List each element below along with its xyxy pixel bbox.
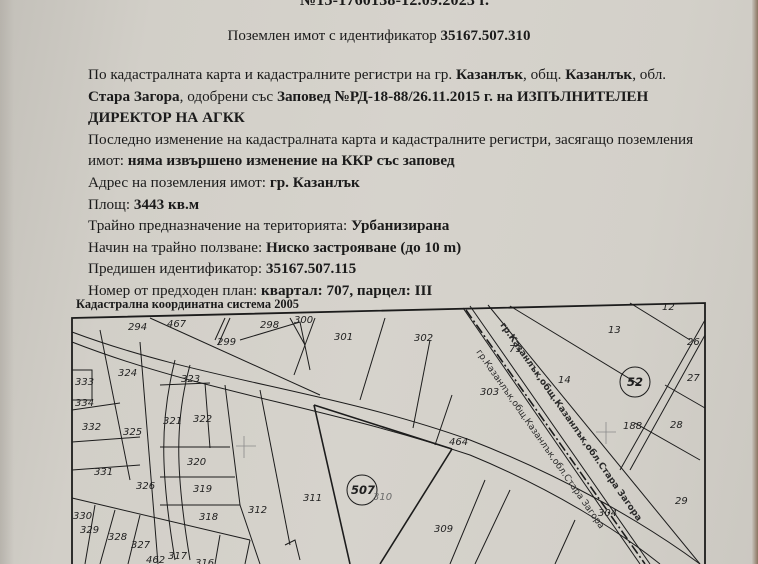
parcel-309: 309 <box>434 524 453 535</box>
approval-line-2: Стара Загора, одобрени със Заповед №РД-1… <box>88 86 708 108</box>
parcel-14: 14 <box>558 375 571 386</box>
document-paper: №15-1760138-12.09.2023 г. Поземлен имот … <box>0 0 758 564</box>
parcel-13: 13 <box>608 325 621 336</box>
parcel-12: 12 <box>662 302 675 313</box>
parcel-328: 328 <box>108 532 127 543</box>
property-title: Поземлен имот с идентификатор 35167.507.… <box>0 28 758 45</box>
parcel-333: 333 <box>75 377 94 388</box>
parcel-329: 329 <box>80 525 99 536</box>
field-purpose: Трайно предназначение на територията: Ур… <box>88 215 708 237</box>
parcel-311: 311 <box>303 493 322 504</box>
last-change-label: Последно изменение на кадастралната карт… <box>88 129 708 151</box>
property-title-prefix: Поземлен имот с идентификатор <box>228 28 437 44</box>
parcel-188: 188 <box>623 421 642 432</box>
parcel-29: 29 <box>675 496 688 507</box>
cadastral-map-drawing: 294 467 298 300 301 302 299 324 323 333 … <box>0 300 758 564</box>
parcel-301: 301 <box>334 332 353 343</box>
parcel-334: 334 <box>75 398 94 409</box>
parcel-318: 318 <box>199 512 218 523</box>
parcel-300: 300 <box>294 315 313 326</box>
parcel-302: 302 <box>414 333 433 344</box>
parcel-303: 303 <box>480 387 499 398</box>
property-details: По кадастралната карта и кадастралните р… <box>88 64 708 302</box>
parcel-319: 319 <box>193 484 212 495</box>
parcel-331: 331 <box>94 467 113 478</box>
parcel-321: 321 <box>163 416 182 427</box>
field-area: Площ: 3443 кв.м <box>88 194 708 216</box>
parcel-26: 26 <box>687 337 700 348</box>
parcel-316: 316 <box>195 558 214 564</box>
parcel-327: 327 <box>131 540 151 551</box>
subject-parcel-310: 310 <box>373 492 392 503</box>
parcel-325: 325 <box>123 427 142 438</box>
field-usage: Начин на трайно ползване: Ниско застрояв… <box>88 237 708 259</box>
field-previous-id: Предишен идентификатор: 35167.507.115 <box>88 258 708 280</box>
property-identifier: 35167.507.310 <box>440 28 530 44</box>
approval-line-3: ДИРЕКТОР НА АГКК <box>88 107 708 129</box>
approval-line-1: По кадастралната карта и кадастралните р… <box>88 64 708 86</box>
parcel-324: 324 <box>118 368 137 379</box>
parcel-312: 312 <box>248 505 267 516</box>
parcel-462: 462 <box>146 555 165 564</box>
parcel-330: 330 <box>73 511 92 522</box>
parcel-317: 317 <box>168 551 188 562</box>
certificate-number: №15-1760138-12.09.2023 г. <box>300 0 489 10</box>
parcel-320: 320 <box>187 457 206 468</box>
parcel-27: 27 <box>687 373 700 384</box>
parcel-28: 28 <box>670 420 683 431</box>
parcel-294: 294 <box>128 322 147 333</box>
parcel-322: 322 <box>193 414 212 425</box>
field-address: Адрес на поземления имот: гр. Казанлък <box>88 172 708 194</box>
cadastral-map: 294 467 298 300 301 302 299 324 323 333 … <box>0 300 758 564</box>
last-change-value: имот: няма извършено изменение на ККР съ… <box>88 150 708 172</box>
parcel-464: 464 <box>449 437 468 448</box>
parcel-467: 467 <box>167 319 187 330</box>
parcel-332: 332 <box>82 422 101 433</box>
block-number-52: 52 <box>627 375 643 389</box>
block-number-507: 507 <box>351 483 375 497</box>
parcel-323: 323 <box>181 374 200 385</box>
parcel-326: 326 <box>136 481 155 492</box>
parcel-298: 298 <box>260 320 279 331</box>
parcel-299: 299 <box>217 337 236 348</box>
